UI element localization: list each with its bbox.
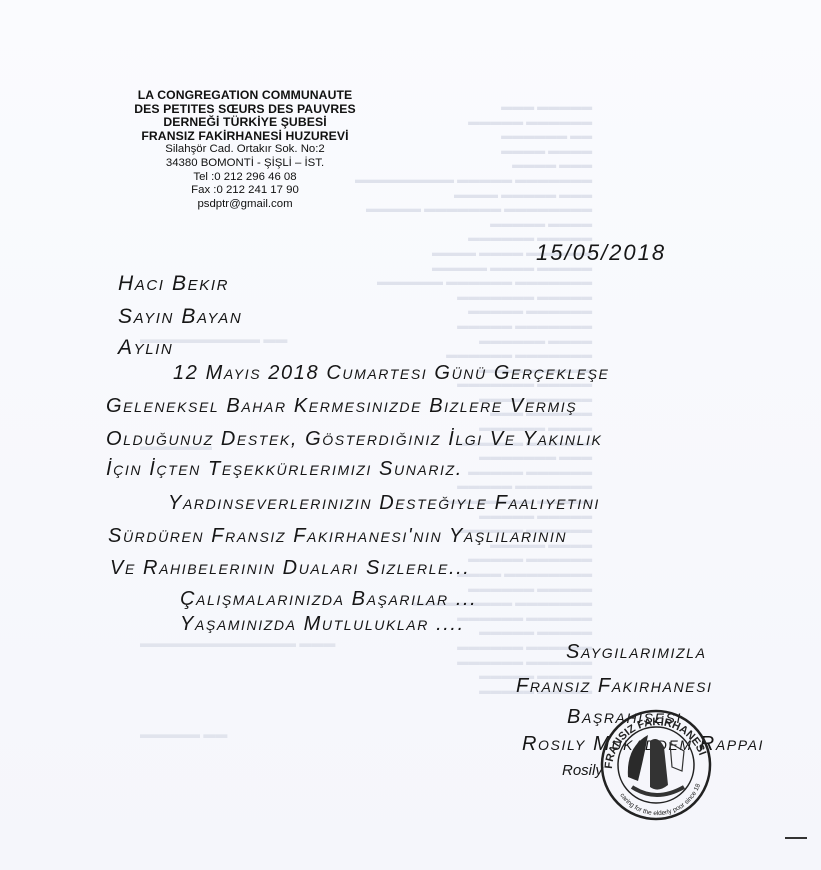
org-name-line-4: FRANSIZ FAKİRHANESİ HUZUREVİ (100, 130, 390, 144)
salutation-line-1: Hacı Bekir (118, 272, 229, 296)
address-line-2: 34380 BOMONTİ - ŞİŞLİ – İST. (100, 157, 390, 171)
org-name-line-3: DERNEĞİ TÜRKİYE ŞUBESİ (100, 116, 390, 130)
fax: Fax :0 212 241 17 90 (100, 184, 390, 198)
closing: Saygılarımızla (566, 641, 707, 664)
letter-date: 15/05/2018 (536, 240, 666, 266)
scan-mark (785, 837, 807, 839)
address-line-1: Silahşör Cad. Ortakır Sok. No:2 (100, 143, 390, 157)
body-line-2: Geleneksel Bahar Kermesinizde Bizlere Ve… (106, 395, 577, 418)
body-line-3: Olduğunuz Destek, Gösterdiğiniz İlgi Ve … (106, 428, 602, 451)
scanned-letter-page: ▬▬▬▬▬ ▬▬▬ ▬▬▬▬▬▬ ▬▬▬▬▬ ▬▬ ▬▬▬▬▬▬ ▬▬▬▬ ▬▬… (0, 0, 821, 870)
body-line-9: Yaşamınızda Mutluluklar .... (180, 613, 465, 636)
signature-organization: Fransız Fakirhanesi (516, 675, 713, 698)
salutation-line-3: Aylin (118, 336, 173, 360)
salutation-line-2: Sayın Bayan (118, 305, 242, 329)
telephone: Tel :0 212 296 46 08 (100, 171, 390, 185)
signature-scrawl: Rosily (562, 762, 603, 779)
body-line-5: Yardınseverlerinizin Desteğiyle Faaliyet… (168, 492, 600, 515)
body-line-6: Sürdüren Fransız Fakirhanesi'nin Yaşlıla… (108, 525, 567, 548)
bleed-through-label: ▬▬ ▬▬▬▬▬ (140, 727, 227, 742)
body-line-4: İçin İçten Teşekkürlerimizi Sunarız. (106, 458, 463, 481)
letterhead: LA CONGREGATION COMMUNAUTE DES PETITES S… (100, 89, 390, 211)
body-line-1: 12 Mayıs 2018 Cumartesi Günü Gerçekleşe (173, 362, 609, 385)
body-line-8: Çalışmalarınızda Başarılar ... (180, 588, 477, 611)
email: psdptr@gmail.com (100, 198, 390, 212)
body-line-7: Ve Rahibelerinin Duaları Sizlerle... (110, 557, 470, 580)
bleed-through-label: ▬▬▬ ▬▬▬▬▬▬▬▬▬▬▬▬▬ (140, 636, 335, 651)
org-name-line-1: LA CONGREGATION COMMUNAUTE (100, 89, 390, 103)
organization-stamp-icon: FRANSIZ FAKİRHANESİ caring for the elder… (598, 707, 714, 823)
